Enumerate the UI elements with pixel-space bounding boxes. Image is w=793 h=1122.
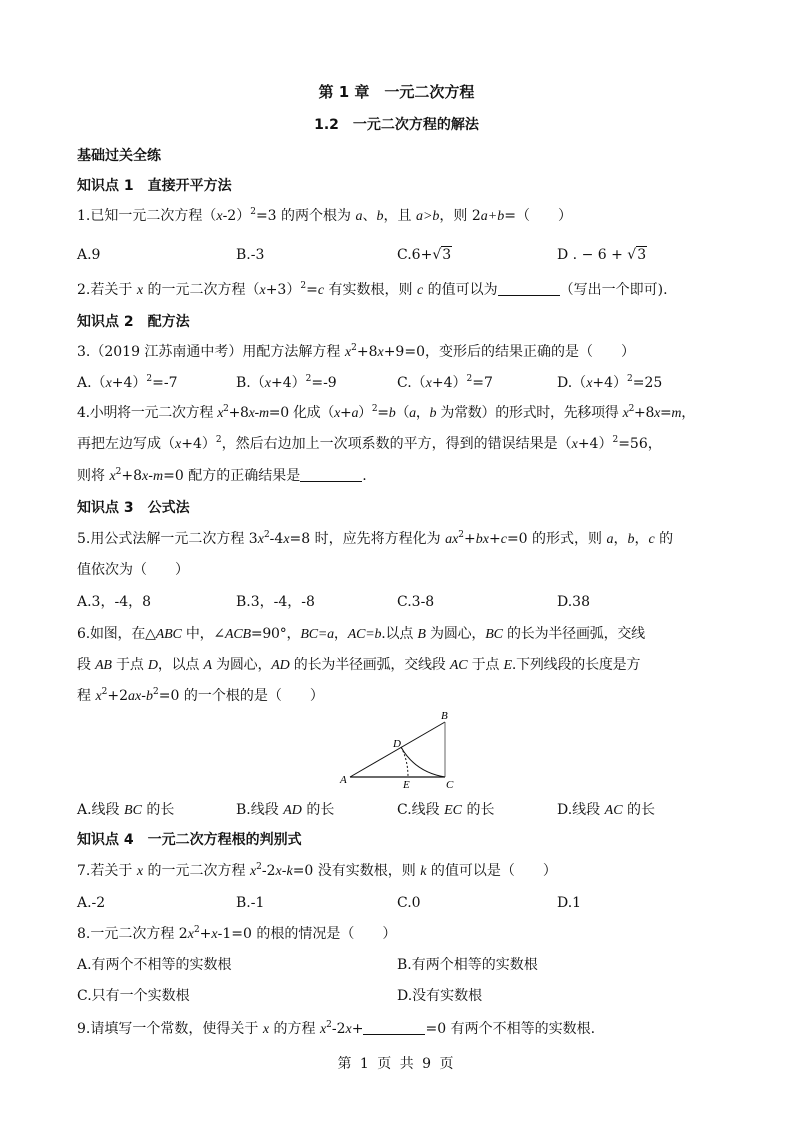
question-6-line-3: 程 x2+2ax-b2=0 的一个根的是（ ） <box>77 686 324 707</box>
label-b: B <box>441 710 448 722</box>
page-footer: 第 1 页 共 9 页 <box>0 1054 793 1074</box>
question-6-line-2: 段 AB 于点 D，以点 A 为圆心，AD 的长为半径画弧，交线段 AC 于点 … <box>77 655 640 676</box>
answer-blank[interactable] <box>300 467 362 482</box>
question-3-option-a: A.（x+4）2=-7 <box>77 373 178 394</box>
answer-blank[interactable] <box>498 281 560 296</box>
question-9: 9.请填写一个常数，使得关于 x 的方程 x2-2x+=0 有两个不相等的实数根… <box>77 1019 595 1040</box>
question-6-option-c: C.线段 EC 的长 <box>397 800 494 821</box>
question-8-option-a: A.有两个不相等的实数根 <box>77 955 232 975</box>
question-6-option-d: D.线段 AC 的长 <box>557 800 655 821</box>
question-8-option-c: C.只有一个实数根 <box>77 986 190 1006</box>
chapter-title: 第 1 章 一元二次方程 <box>0 82 793 102</box>
question-7-option-a: A.-2 <box>77 893 105 913</box>
question-5-option-c: C.3-8 <box>397 592 434 612</box>
question-6-option-a: A.线段 BC 的长 <box>77 800 174 821</box>
question-6-option-b: B.线段 AD 的长 <box>236 800 334 821</box>
arc-dc <box>401 747 445 777</box>
question-5-line-1: 5.用公式法解一元二次方程 3x2-4x=8 时，应先将方程化为 ax2+bx+… <box>77 529 673 550</box>
section-title: 1.2 一元二次方程的解法 <box>0 115 793 135</box>
question-8-option-d: D.没有实数根 <box>397 986 482 1006</box>
question-6-line-1: 6.如图，在△ABC 中，∠ACB=90°，BC=a，AC=b.以点 B 为圆心… <box>77 624 645 645</box>
question-5-option-d: D.38 <box>557 592 590 612</box>
sqrt-symbol: √3 <box>432 245 452 265</box>
knowledge-point-3: 知识点 3 公式法 <box>77 498 190 518</box>
question-5-option-a: A.3，-4，8 <box>77 592 151 612</box>
label-d: D <box>392 738 401 750</box>
question-3-option-c: C.（x+4）2=7 <box>397 373 493 394</box>
question-5-line-2: 值依次为（ ） <box>77 560 189 580</box>
knowledge-point-1: 知识点 1 直接开平方法 <box>77 176 232 196</box>
question-3-option-b: B.（x+4）2=-9 <box>236 373 337 394</box>
question-7-option-c: C.0 <box>397 893 421 913</box>
question-3-stem: 3.（2019 江苏南通中考）用配方法解方程 x2+8x+9=0，变形后的结果正… <box>77 342 635 363</box>
question-7-option-d: D.1 <box>557 893 581 913</box>
question-8-stem: 8.一元二次方程 2x2+x-1=0 的根的情况是（ ） <box>77 924 396 945</box>
triangle-figure: A B C D E <box>335 710 465 790</box>
question-8-option-b: B.有两个相等的实数根 <box>397 955 538 975</box>
question-4-line-2: 再把左边写成（x+4）2，然后右边加上一次项系数的平方，得到的错误结果是（x+4… <box>77 434 662 455</box>
question-3-option-d: D.（x+4）2=25 <box>557 373 662 394</box>
part-heading: 基础过关全练 <box>77 146 161 166</box>
knowledge-point-4: 知识点 4 一元二次方程根的判别式 <box>77 830 302 850</box>
question-1-option-d: D . − 6 + √3 <box>557 245 647 265</box>
question-5-option-b: B.3，-4，-8 <box>236 592 315 612</box>
label-c: C <box>446 779 454 790</box>
question-1-option-c: C.6+√3 <box>397 245 452 265</box>
question-7-option-b: B.-1 <box>236 893 264 913</box>
label-e: E <box>402 779 410 790</box>
question-1-option-b: B.-3 <box>236 245 264 265</box>
question-1-option-a: A.9 <box>77 245 100 265</box>
label-a: A <box>339 774 347 786</box>
question-4-line-3: 则将 x2+8x-m=0 配方的正确结果是. <box>77 466 367 487</box>
question-7-stem: 7.若关于 x 的一元二次方程 x2-2x-k=0 没有实数根，则 k 的值可以… <box>77 861 557 882</box>
document-page: 第 1 章 一元二次方程 1.2 一元二次方程的解法 基础过关全练 知识点 1 … <box>0 0 793 1122</box>
question-4-line-1: 4.小明将一元二次方程 x2+8x-m=0 化成（x+a）2=b（a，b 为常数… <box>77 403 695 424</box>
question-2: 2.若关于 x 的一元二次方程（x+3）2=c 有实数根，则 c 的值可以为（写… <box>77 280 668 301</box>
sqrt-symbol: √3 <box>627 245 647 265</box>
arc-de <box>401 747 408 777</box>
answer-blank[interactable] <box>363 1020 425 1035</box>
knowledge-point-2: 知识点 2 配方法 <box>77 312 190 332</box>
question-1-stem: 1.已知一元二次方程（x-2）2=3 的两个根为 a、b，且 a>b，则 2a+… <box>77 206 572 227</box>
